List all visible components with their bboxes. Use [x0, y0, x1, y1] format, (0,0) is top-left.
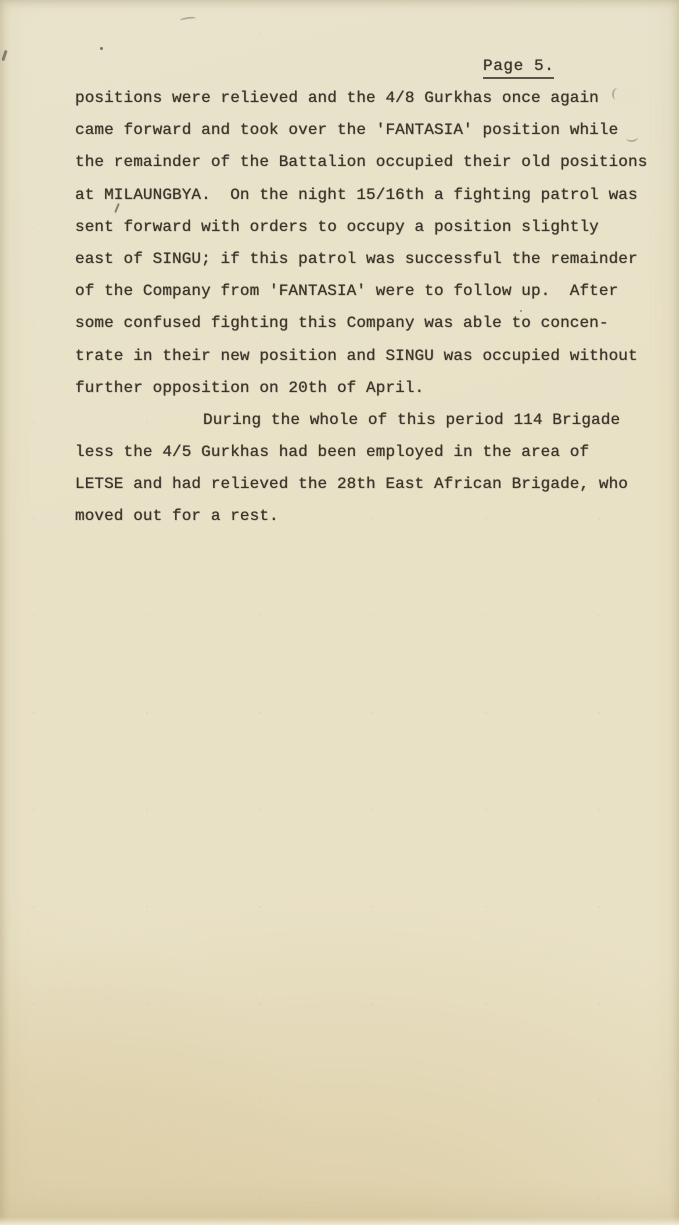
- text-line: less the 4/5 Gurkhas had been employed i…: [75, 436, 655, 468]
- document-page: Page 5. positions were relieved and the …: [0, 0, 679, 1225]
- document-text: positions were relieved and the 4/8 Gurk…: [75, 82, 655, 533]
- text-line: LETSE and had relieved the 28th East Afr…: [75, 468, 655, 500]
- ink-speck: [100, 47, 103, 50]
- ink-speck: [1, 50, 7, 61]
- page-number: Page 5.: [483, 57, 554, 79]
- ink-speck: [180, 16, 197, 23]
- text-line: some confused fighting this Company was …: [75, 307, 655, 339]
- text-line: of the Company from 'FANTASIA' were to f…: [75, 275, 655, 307]
- text-line: the remainder of the Battalion occupied …: [75, 146, 655, 178]
- text-line: During the whole of this period 114 Brig…: [75, 404, 655, 436]
- text-line: moved out for a rest.: [75, 500, 655, 532]
- text-line: trate in their new position and SINGU wa…: [75, 340, 655, 372]
- text-line: at MILAUNGBYA. On the night 15/16th a fi…: [75, 179, 655, 211]
- text-line: came forward and took over the 'FANTASIA…: [75, 114, 655, 146]
- text-line: further opposition on 20th of April.: [75, 372, 655, 404]
- scan-edge: [0, 1217, 679, 1225]
- text-line: sent forward with orders to occupy a pos…: [75, 211, 655, 243]
- text-line: east of SINGU; if this patrol was succes…: [75, 243, 655, 275]
- text-line: positions were relieved and the 4/8 Gurk…: [75, 82, 655, 114]
